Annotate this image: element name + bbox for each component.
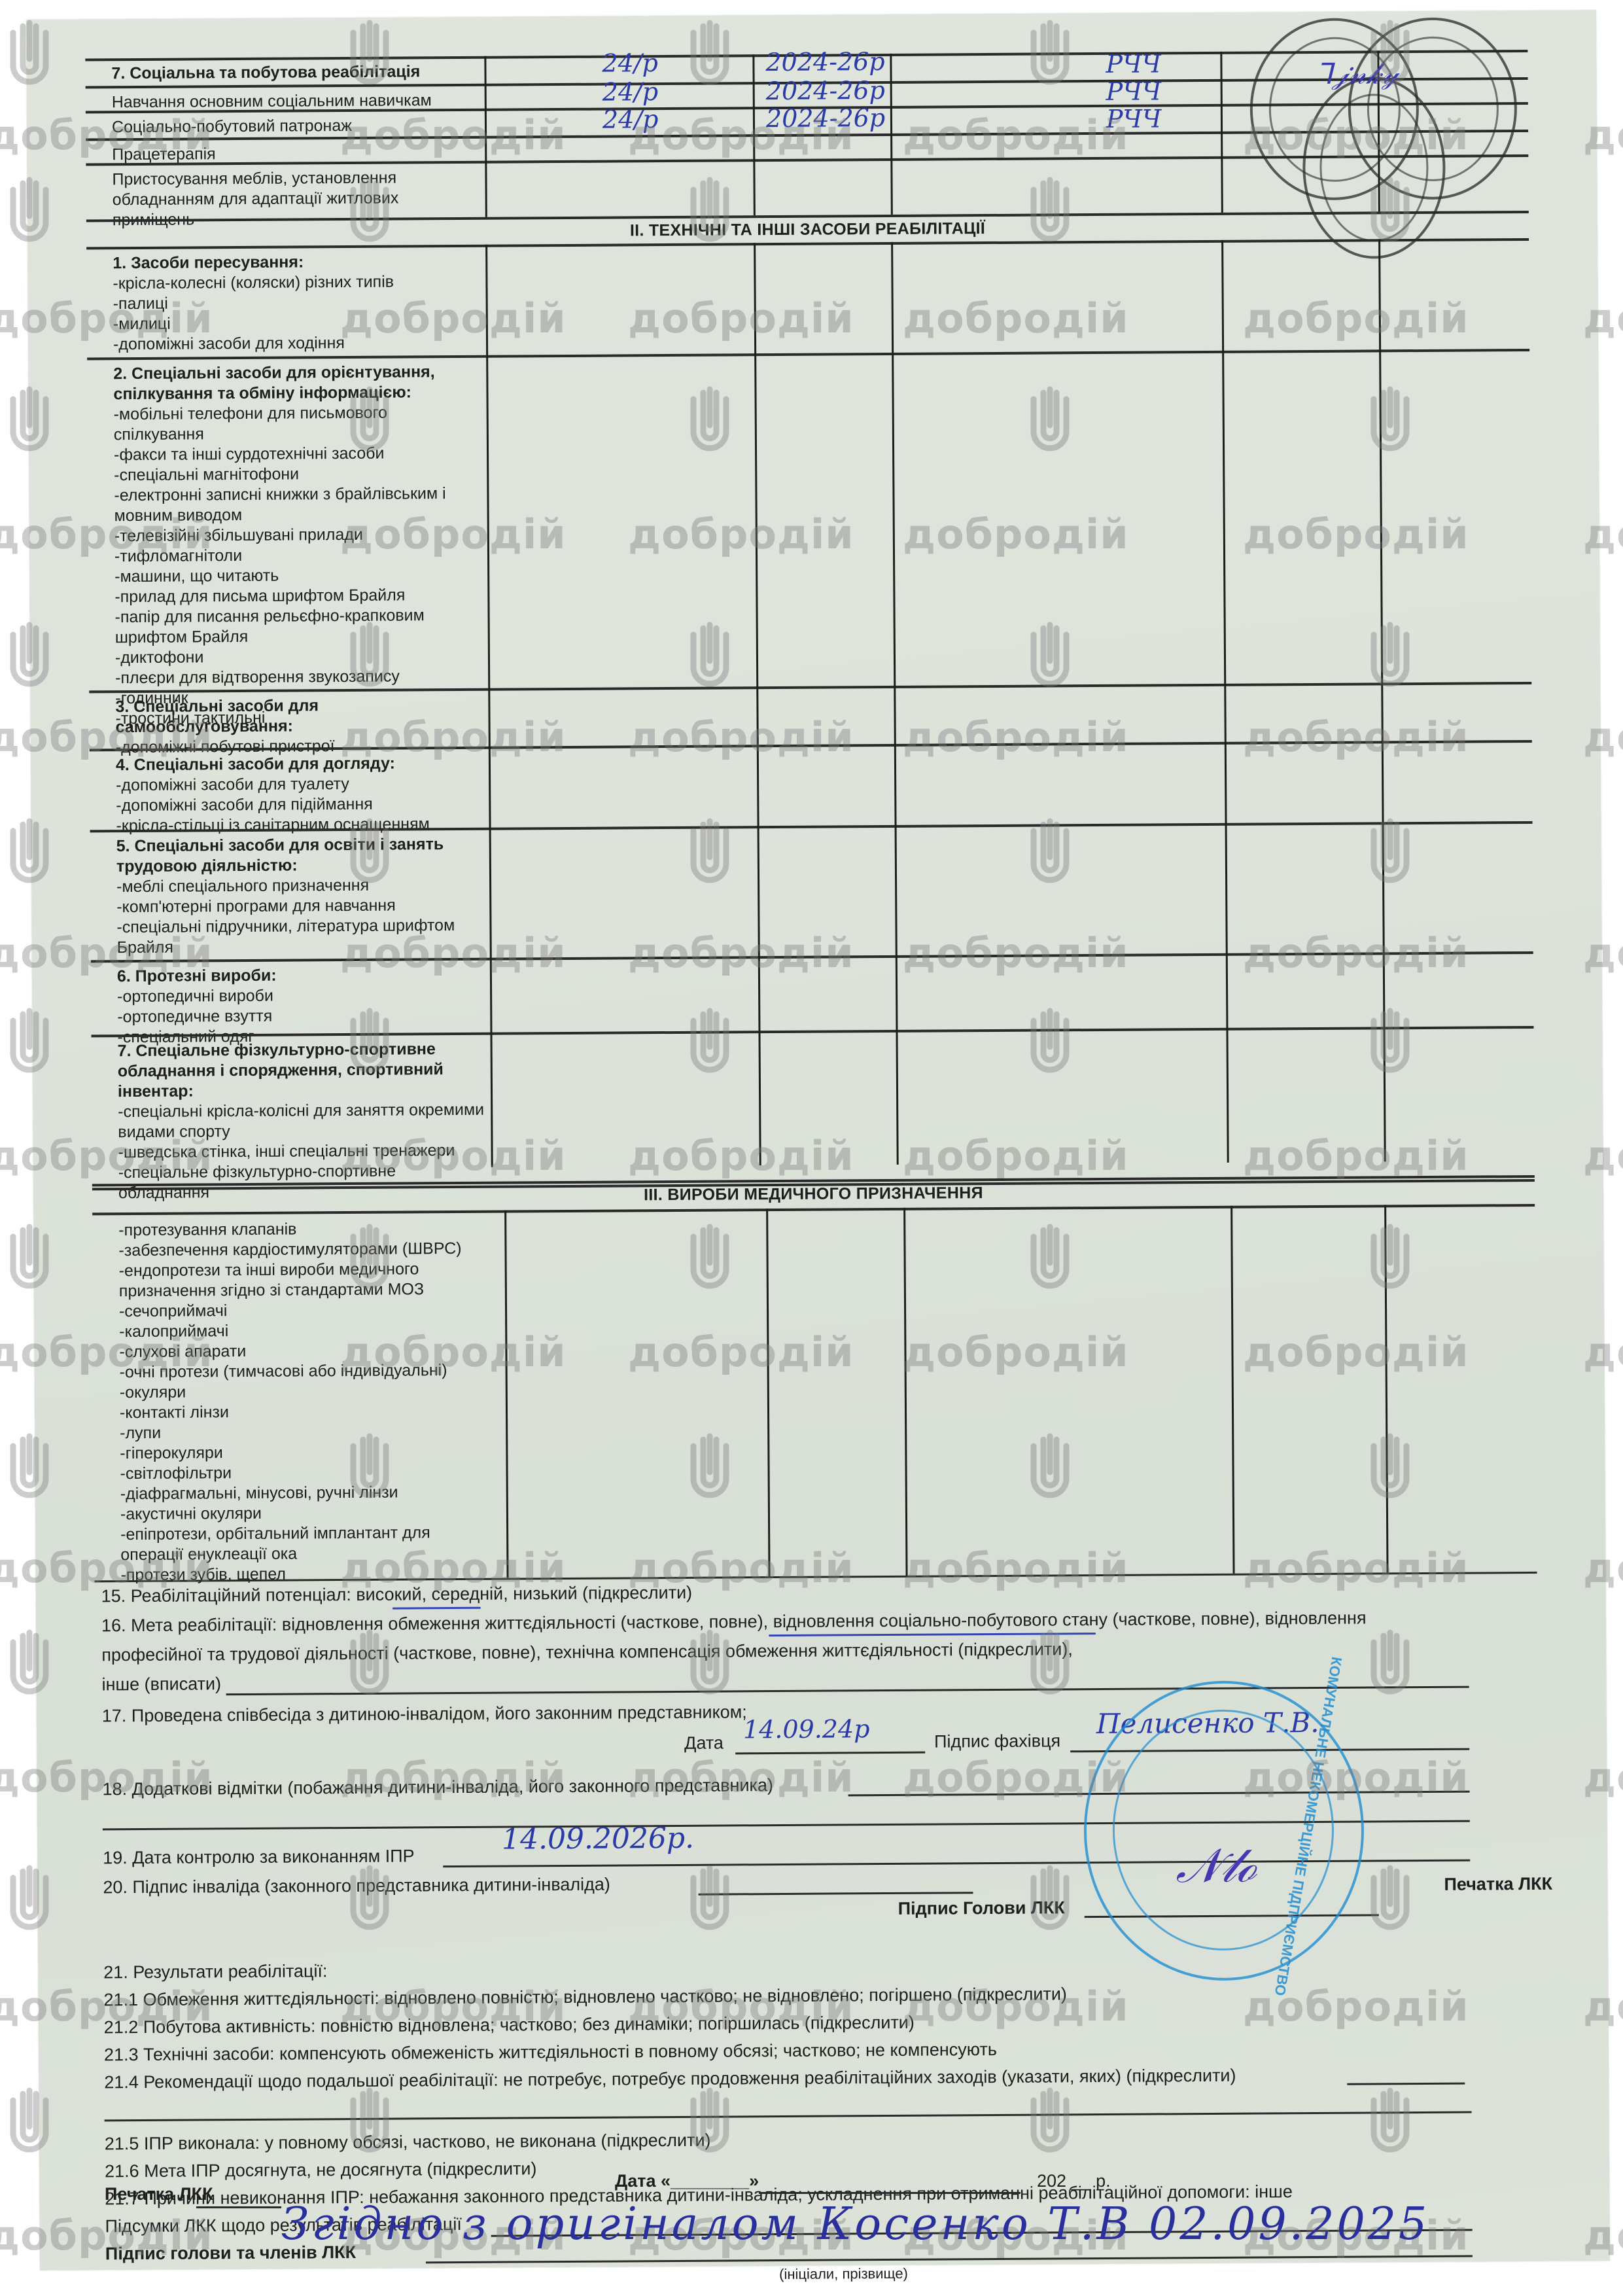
bottom-stamp-label: Печатка ЛКК xyxy=(105,2184,213,2204)
handwritten-period: 24/р xyxy=(602,77,659,107)
tech-group-label: 5. Спеціальні засоби для освіти і занять… xyxy=(116,834,483,958)
tech-item: -допоміжні засоби для підіймання xyxy=(116,794,482,816)
tech-item: -електронні записні книжки з брайлівськи… xyxy=(114,484,480,526)
bottom-stamp-input[interactable] xyxy=(196,2206,281,2208)
field-16-other-label: інше (вписати) xyxy=(101,1674,221,1695)
medical-item: -акустичні окуляри xyxy=(120,1502,493,1525)
field-16-other-input[interactable] xyxy=(226,1686,1469,1696)
field-21-1: 21.1 Обмеження життєдіяльності: відновле… xyxy=(103,1984,1067,2010)
tech-item: -ортопедичне взуття xyxy=(117,1005,483,1027)
field-16-goal-line2: професійної та трудової діяльності (част… xyxy=(101,1639,1073,1665)
tech-group-title: 4. Спеціальні засоби для догляду: xyxy=(116,753,482,775)
tech-item: -комп'ютерні програми для навчання xyxy=(116,895,483,917)
tech-item: -допоміжні засоби для ходіння xyxy=(113,332,480,355)
tech-group-title: 1. Засоби пересування: xyxy=(113,251,479,274)
tech-item: -ортопедичні вироби xyxy=(117,985,483,1007)
tech-group-title: 7. Спеціальне фізкультурно-спортивне обл… xyxy=(118,1039,485,1102)
tech-group-row: 7. Спеціальне фізкультурно-спортивне обл… xyxy=(91,1026,1534,1188)
field-21-4-input-line2[interactable] xyxy=(105,2111,1472,2122)
field-21-4-input[interactable] xyxy=(1347,2083,1465,2085)
tech-group-title: 6. Протезні вироби: xyxy=(117,964,483,987)
handwritten-control-date: 14.09.2026р. xyxy=(502,1822,694,1856)
medical-item: -гіперокуляри xyxy=(120,1441,493,1464)
bottom-date-input[interactable] xyxy=(759,2192,1021,2194)
tech-group-label: 1. Засоби пересування:-крісла-колесні (к… xyxy=(113,251,480,355)
tech-item: -спеціальні підручники, література шрифт… xyxy=(116,915,483,958)
medical-item: -слухові апарати xyxy=(119,1340,492,1362)
tech-group-title: 3. Спеціальні засоби для самообслуговува… xyxy=(115,695,481,737)
tech-group-row: 4. Спеціальні засоби для догляду:-допомі… xyxy=(90,740,1533,830)
medical-item: -калоприймачі xyxy=(119,1320,492,1342)
tech-item: -телевізійні збільшувані прилади xyxy=(114,524,481,546)
tech-item: -палиці xyxy=(113,292,480,314)
tech-group-title: 5. Спеціальні засоби для освіти і занять… xyxy=(116,834,483,877)
stamp-label: Печатка ЛКК xyxy=(1444,1874,1552,1895)
medical-item: -контакті лінзи xyxy=(120,1401,493,1423)
medical-item: -ендопротези та інші вироби медичного пр… xyxy=(119,1259,492,1301)
field-21-2: 21.2 Побутова активність: повністю відно… xyxy=(104,2013,915,2038)
field-17-date-label: Дата xyxy=(684,1733,724,1754)
handwritten-executor: РЧЧ xyxy=(1106,104,1162,133)
handwritten-underline xyxy=(393,1607,481,1610)
field-21-6: 21.6 Мета ІПР досягнута, не досягнута (п… xyxy=(105,2159,537,2181)
tech-item: -прилад для письма шрифтом Брайля xyxy=(114,585,481,607)
medical-item: -очні протези (тимчасові або індивідуаль… xyxy=(120,1360,493,1383)
medical-item: -лупи xyxy=(120,1421,493,1443)
tech-item: -диктофони xyxy=(115,646,481,668)
medical-items-list: -протезування клапанів-забезпечення кард… xyxy=(118,1218,493,1585)
tech-group-title: 2. Спеціальні засоби для орієнтування, с… xyxy=(113,362,480,404)
tech-item: -плеєри для відтворення звукозапису xyxy=(115,666,481,688)
field-19-control-date-label: 19. Дата контролю за виконанням ІПР xyxy=(103,1846,415,1868)
document-page: 7. Соціальна та побутова реабілітація На… xyxy=(26,10,1610,2270)
members-signature-input[interactable] xyxy=(426,2255,1473,2264)
round-stamp xyxy=(1302,77,1446,259)
handwritten-years: 2024-26р xyxy=(766,103,885,133)
field-20-input[interactable] xyxy=(699,1892,973,1896)
medical-item: -діафрагмальні, мінусові, ручні лінзи xyxy=(120,1482,493,1504)
initials-caption: (ініціали, прізвище) xyxy=(779,2265,908,2283)
field-21-3: 21.3 Технічні засоби: компенсують обмеже… xyxy=(104,2040,997,2065)
tech-item: -меблі спеціального призначення xyxy=(116,875,483,897)
handwritten-executor: РЧЧ xyxy=(1106,77,1162,106)
section-iii-header: III. ВИРОБИ МЕДИЧНОГО ПРИЗНАЧЕННЯ xyxy=(92,1180,1535,1208)
handwritten-period: 24/р xyxy=(602,48,658,78)
handwritten-executor: РЧЧ xyxy=(1106,49,1161,79)
field-17-interview: 17. Проведена співбесіда з дитиною-інвал… xyxy=(102,1702,747,1726)
bottom-date-label: Дата «________» xyxy=(615,2171,759,2191)
handwritten-period: 24/р xyxy=(602,105,659,134)
tech-item: -мобільні телефони для письмового спілку… xyxy=(114,402,480,445)
handwritten-underline xyxy=(769,1633,1096,1636)
medical-item: -протези зубів, щепел xyxy=(120,1563,493,1585)
section-iii-body: -протезування клапанів-забезпечення кард… xyxy=(92,1204,1537,1581)
bottom-year: 202 __ р. xyxy=(1037,2171,1111,2191)
field-15-rehab-potential: 15. Реабілітаційний потенціал: високий, … xyxy=(101,1583,693,1607)
handwritten-date: 14.09.24р xyxy=(743,1714,870,1744)
section-i-table: 7. Соціальна та побутова реабілітація На… xyxy=(85,50,1527,58)
head-signature-label: Підпис Голови ЛКК xyxy=(898,1898,1065,1919)
tech-group-label: 4. Спеціальні засоби для догляду:-допомі… xyxy=(116,753,483,836)
tech-group-label: 2. Спеціальні засоби для орієнтування, с… xyxy=(113,362,481,729)
tech-item: -машини, що читають xyxy=(114,565,481,587)
field-21-results-title: 21. Результати реабілітації: xyxy=(103,1961,327,1983)
medical-item: -протезування клапанів xyxy=(118,1218,491,1241)
field-17-date-input[interactable] xyxy=(735,1752,925,1755)
tech-item: -милиці xyxy=(113,312,480,334)
tech-item: -шведська стінка, інші спеціальні тренаж… xyxy=(118,1140,484,1163)
field-18-notes: 18. Додаткові відмітки (побажання дитини… xyxy=(102,1775,773,1799)
tech-item: -крісла-колесні (коляски) різних типів xyxy=(113,272,479,294)
handwritten-years: 2024-26р xyxy=(766,76,885,105)
handwritten-head-signature: 𝒩𝓁ℴ xyxy=(1176,1838,1257,1895)
handwritten-years: 2024-26р xyxy=(765,47,884,77)
row-label: Соціально-побутовий патронаж xyxy=(112,115,504,138)
medical-item: -епіпротези, орбітальний імплантант для … xyxy=(120,1523,493,1565)
field-16-goal: 16. Мета реабілітації: відновлення обмеж… xyxy=(101,1608,1367,1636)
tech-group-row: 3. Спеціальні засоби для самообслуговува… xyxy=(89,682,1532,749)
medical-item: -забезпечення кардіостимуляторами (ШВРС) xyxy=(118,1239,491,1261)
medical-item: -сечоприймачі xyxy=(119,1299,492,1322)
tech-item: -спеціальні магнітофони xyxy=(114,463,480,486)
tech-item: -факси та інші сурдотехнічні засоби xyxy=(114,443,480,465)
handwritten-certification: Згідно з оригіналом Косенко Т.В 02.09.20… xyxy=(281,2199,1429,2250)
tech-item: -тифломагнітоли xyxy=(114,544,481,567)
tech-item: -спеціальні крісла-колісні для заняття о… xyxy=(118,1100,484,1142)
field-21-5: 21.5 ІПР виконала: у повному обсязі, час… xyxy=(105,2130,711,2155)
tech-item: -папір для писання рельєфно-крапковим шр… xyxy=(114,605,481,648)
tech-group-label: 7. Спеціальне фізкультурно-спортивне обл… xyxy=(118,1039,485,1203)
tech-item: -допоміжні засоби для туалету xyxy=(116,773,482,796)
medical-item: -окуляри xyxy=(120,1381,493,1403)
medical-item: -світлофільтри xyxy=(120,1462,493,1484)
section-title: 7. Соціальна та побутова реабілітація xyxy=(111,62,420,82)
field-17-sign-label: Підпис фахівця xyxy=(934,1731,1060,1752)
field-21-4: 21.4 Рекомендації щодо подальшої реабілі… xyxy=(104,2066,1236,2093)
tech-group-row: 1. Засоби пересування:-крісла-колесні (к… xyxy=(86,238,1529,357)
tech-group-row: 6. Протезні вироби:-ортопедичні вироби-о… xyxy=(91,951,1534,1034)
tech-group-row: 5. Спеціальні засоби для освіти і занять… xyxy=(90,821,1533,960)
field-20-signature-label: 20. Підпис інваліда (законного представн… xyxy=(103,1875,610,1898)
tech-group-row: 2. Спеціальні засоби для орієнтування, с… xyxy=(87,349,1531,690)
handwritten-signature: ᒣ𝒿𝓃𝓀𝓎 xyxy=(1315,57,1398,91)
